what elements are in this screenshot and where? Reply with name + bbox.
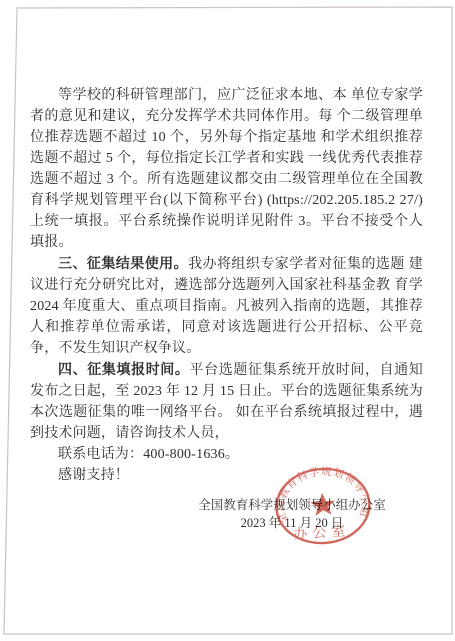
body-paragraph: 等学校的科研管理部门，应广泛征求本地、本 单位专家学者的意见和建议，充分发挥学术…: [30, 84, 423, 253]
official-seal: 全国教育科学规划领导小组 办公室: [269, 461, 377, 554]
document-body: 等学校的科研管理部门，应广泛征求本地、本 单位专家学者的意见和建议，充分发挥学术…: [30, 84, 423, 486]
section-heading: 三、征集结果使用。: [58, 255, 188, 271]
paragraph-text: 联系电话为：400-800-1636。: [58, 447, 239, 462]
paragraph-text: 我办将组织专家学者对征集的选题 建议进行充分研究比对，遴选部分选题列入国家社科基…: [30, 257, 423, 356]
body-paragraph: 三、征集结果使用。我办将组织专家学者对征集的选题 建议进行充分研究比对，遴选部分…: [30, 253, 423, 359]
paragraph-text: 感谢支持！: [58, 468, 129, 483]
section-heading: 四、征集填报时间。: [58, 361, 190, 377]
seal-star-icon: [310, 492, 336, 516]
paragraph-text: 等学校的科研管理部门，应广泛征求本地、本 单位专家学者的意见和建议，充分发挥学术…: [30, 88, 423, 250]
scanned-document-page: 等学校的科研管理部门，应广泛征求本地、本 单位专家学者的意见和建议，充分发挥学术…: [0, 0, 455, 641]
body-paragraph: 四、征集填报时间。平台选题征集系统开放时间，自通知发布之日起，至 2023 年 …: [30, 359, 423, 444]
